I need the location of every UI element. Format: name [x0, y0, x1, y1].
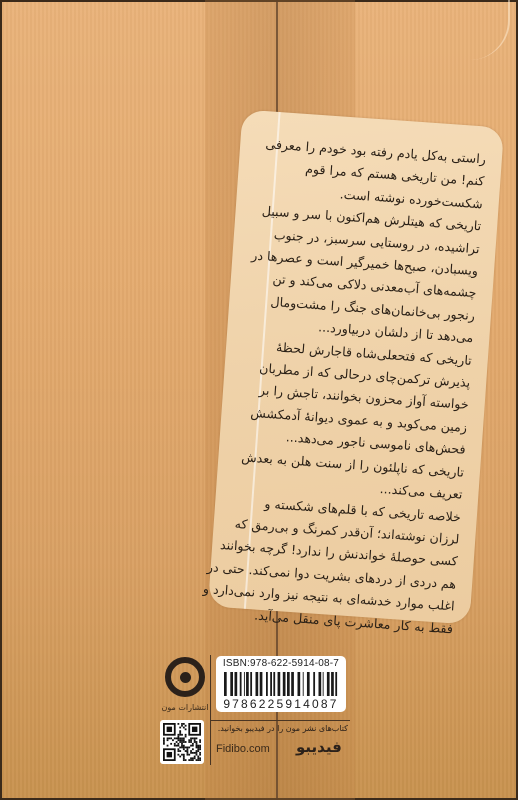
publisher-logo-icon [165, 657, 205, 697]
barcode-icon [224, 672, 338, 696]
qr-code[interactable] [160, 720, 204, 764]
book-back-cover: راستی به‌کل یادم رفته بود خودم را معرفیک… [0, 0, 518, 800]
blurb-paper-card: راستی به‌کل یادم رفته بود خودم را معرفیک… [208, 109, 504, 624]
divider-horizontal [210, 720, 350, 721]
qr-code-icon [163, 723, 201, 761]
publisher-name: انتشارات مون [160, 703, 210, 712]
barcode-digits: 9786225914087 [216, 697, 346, 711]
fidibo-logo: فیدیبو [296, 738, 342, 756]
fidibo-promo-text: کتاب‌های نشر مون را در فیدیبو بخوانید. [216, 724, 348, 733]
blurb-text: راستی به‌کل یادم رفته بود خودم را معرفیک… [219, 132, 487, 640]
tape-curl-decoration [468, 0, 510, 60]
isbn-text: ISBN:978-622-5914-08-7 [216, 658, 346, 669]
isbn-barcode-label: ISBN:978-622-5914-08-7 9786225914087 [216, 656, 346, 712]
fidibo-url[interactable]: Fidibo.com [216, 743, 270, 755]
divider-vertical [210, 655, 211, 765]
